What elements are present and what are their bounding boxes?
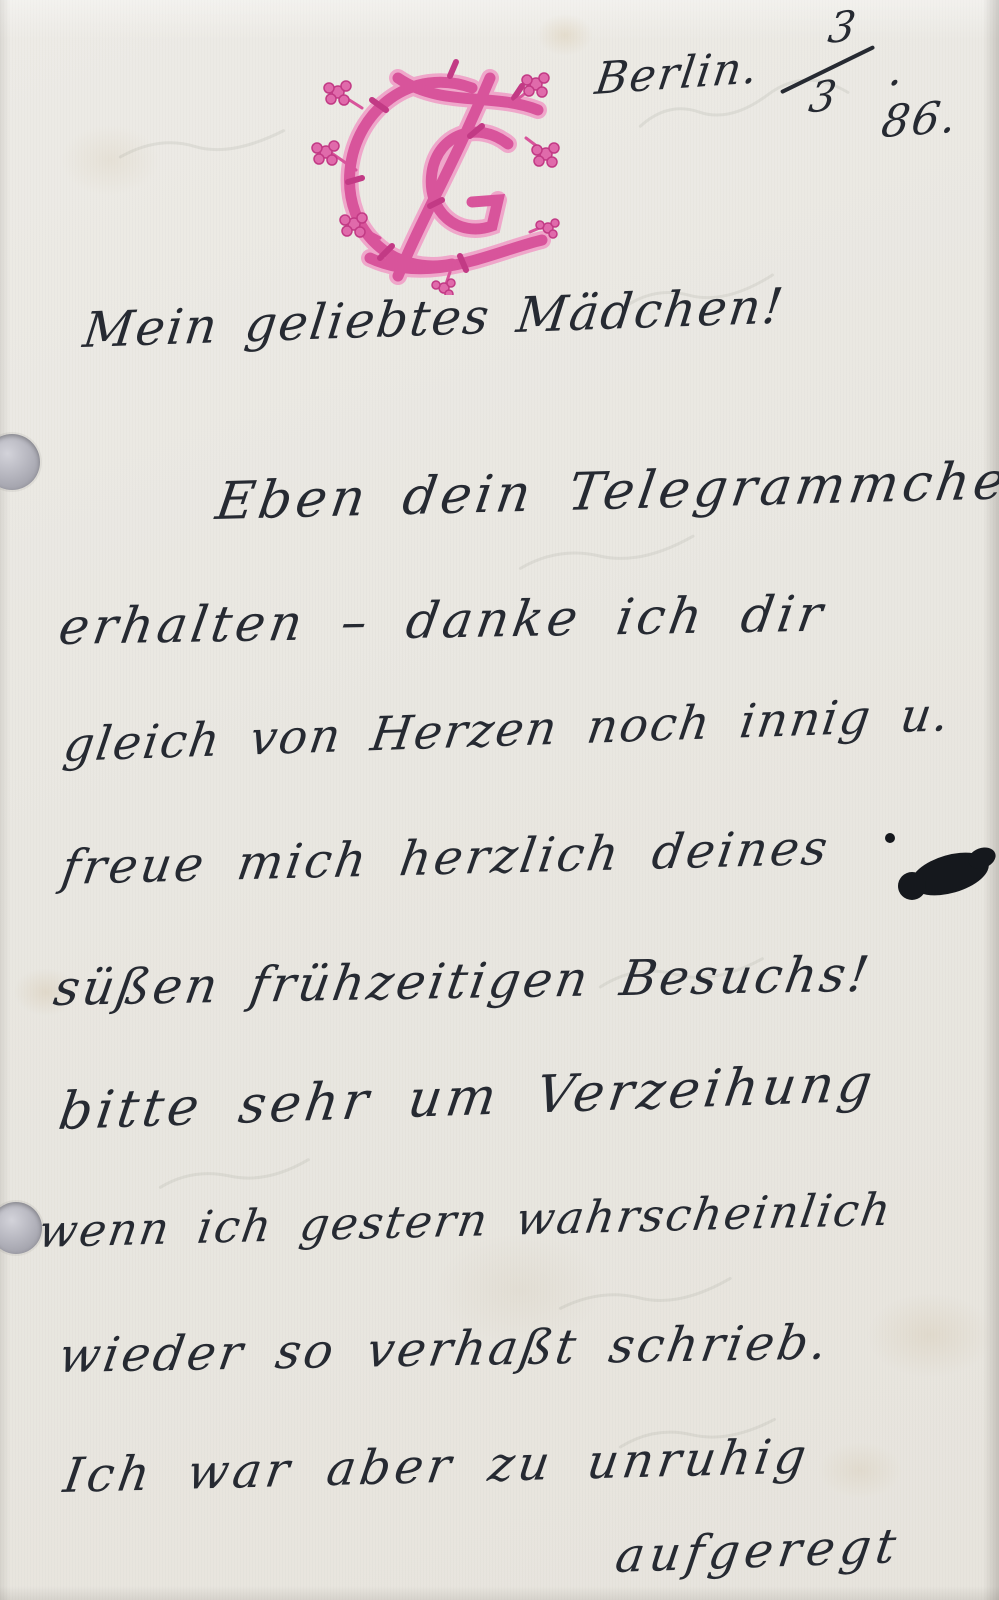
monogram-crest	[300, 50, 565, 295]
letter-page: Berlin. 3 3 . 86. Mein geliebtes Mädchen…	[0, 0, 999, 1600]
handwriting-line-4: freue mich herzlich deines	[58, 820, 834, 896]
dateline-year: . 86.	[878, 38, 999, 149]
salutation-line: Mein geliebtes Mädchen!	[80, 278, 788, 359]
ink-blot	[878, 828, 998, 918]
handwriting-line-2: erhalten – danke ich dir	[55, 585, 830, 656]
handwriting-line-3: gleich von Herzen noch innig u.	[60, 687, 954, 773]
handwriting-line-8: wieder so verhaßt schrieb.	[55, 1315, 834, 1384]
dateline-date-fraction: 3 3	[769, 6, 887, 133]
handwriting-line-7: wenn ich gestern wahrscheinlich	[35, 1183, 896, 1258]
handwriting-line-1: Eben dein Telegrammchen	[212, 450, 999, 532]
dateline: Berlin. 3 3 . 86.	[592, 0, 995, 156]
handwriting-line-9: Ich war aber zu unruhig	[60, 1429, 814, 1504]
punch-hole-top	[0, 434, 40, 490]
handwriting-line-6: bitte sehr um Verzeihung	[55, 1054, 880, 1142]
dateline-place: Berlin.	[592, 42, 763, 105]
catchword-line: aufgeregt	[612, 1518, 904, 1584]
date-numerator: 3	[825, 1, 859, 52]
handwriting-line-5: süßen frühzeitigen Besuchs!	[50, 946, 876, 1017]
